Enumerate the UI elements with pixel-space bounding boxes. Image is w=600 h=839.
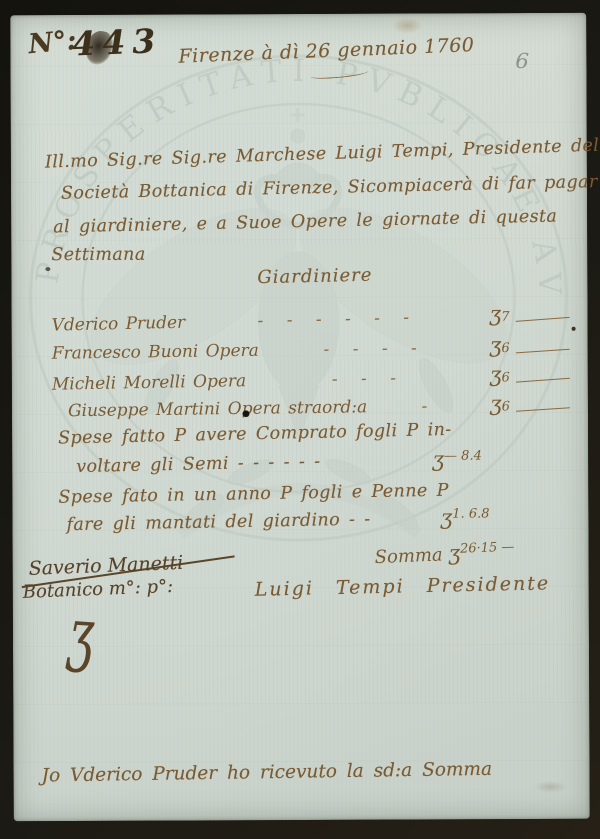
worker-name: Vderico Pruder [51, 313, 185, 336]
amount: — 8.4 [444, 449, 482, 464]
worker-name: Giuseppe Martini Opera straord:a [68, 397, 367, 421]
lira-symbol: ʒ [490, 392, 502, 416]
amount: 7 [501, 310, 510, 325]
lira-symbol: ʒ [440, 505, 452, 529]
ink-spot [242, 410, 250, 417]
ledger-line [516, 349, 570, 354]
lira-symbol: ʒ [489, 362, 501, 386]
manuscript-paper: PROSPERITATI PVBLICAE AVGE [10, 13, 590, 822]
expense-2-line-2: fare gli mantati del giardino - - [66, 510, 371, 536]
crown-orb [291, 129, 305, 143]
worker-name: Micheli Morelli Opera [52, 371, 247, 395]
expense-2-line-1: Spese fato in un anno P fogli e Penne P [58, 481, 449, 508]
total-label: Somma [374, 544, 443, 568]
lira-symbol: ʒ [448, 541, 461, 565]
salutation-line-1: Ill.mo Sig.re Sig.re Marchese Luigi Temp… [45, 135, 600, 172]
lira-symbol: ʒ [489, 302, 501, 326]
place-and-date: Firenze à dì 26 gennaio 1760 [178, 34, 475, 68]
ink-spot [572, 327, 576, 331]
filler-dashes: - [367, 396, 490, 418]
expense-1-line-1: Spese fatto P avere Comprato fogli P in- [58, 420, 452, 449]
signature-president: Luigi Tempi Presidente [255, 572, 551, 600]
salutation-line-3: al giardiniere, e a Suoe Opere le giorna… [53, 206, 558, 237]
pencil-folio-number: 6 [515, 49, 530, 74]
ledger-row: Giuseppe Martini Opera straord:a - ʒ6 [68, 391, 570, 422]
signature-rubric: ʒ [65, 592, 96, 675]
document-number: 443 [72, 21, 163, 63]
smudge [534, 781, 568, 793]
salutation-line-4: Settimana [51, 245, 145, 265]
receipt-acknowledgement: Jo Vderico Pruder ho ricevuto la sd:a So… [41, 759, 492, 787]
signature-botanist-title: Botanico m°: p°: [22, 576, 173, 603]
ledger-line [516, 378, 570, 383]
filler-dashes: - - - - [259, 337, 490, 360]
document-number-label: N°: [27, 25, 78, 60]
total-line: Somma ʒ26·15 — [374, 539, 515, 568]
total-amount: 26·15 — [460, 540, 515, 557]
filler-dashes: - - - [246, 367, 490, 391]
ledger-row: Francesco Buoni Opera - - - - ʒ6 [52, 332, 570, 364]
section-heading: Giardiniere [257, 265, 372, 289]
ledger-line [516, 407, 570, 412]
ledger-line [516, 317, 570, 322]
crown-cross [291, 108, 305, 122]
ledger-row: Vderico Pruder - - - - - - ʒ7 [51, 300, 569, 335]
salutation-line-2: Società Bottanica di Firenze, Sicompiace… [61, 172, 598, 204]
worker-name: Francesco Buoni Opera [52, 341, 259, 364]
expense-1-line-2: voltare gli Semi - - - - - - [76, 452, 321, 477]
amount: 1. 6.8 [452, 507, 489, 522]
ink-speck [45, 267, 50, 271]
photo-background: PROSPERITATI PVBLICAE AVGE [0, 0, 600, 839]
amount: 6 [501, 341, 510, 356]
expense-2-amount: ʒ1. 6.8 [440, 505, 489, 529]
filler-dashes: - - - - - - [185, 306, 490, 333]
lira-symbol: ʒ [432, 447, 444, 471]
amount: 6 [502, 399, 510, 414]
lira-symbol: ʒ [489, 333, 501, 357]
expense-1-amount: ʒ— 8.4 [432, 447, 482, 471]
foxing-stain [392, 17, 422, 33]
date-underline-flourish [310, 68, 368, 80]
amount: 6 [501, 370, 510, 385]
ledger-row: Micheli Morelli Opera - - - ʒ6 [52, 361, 570, 394]
